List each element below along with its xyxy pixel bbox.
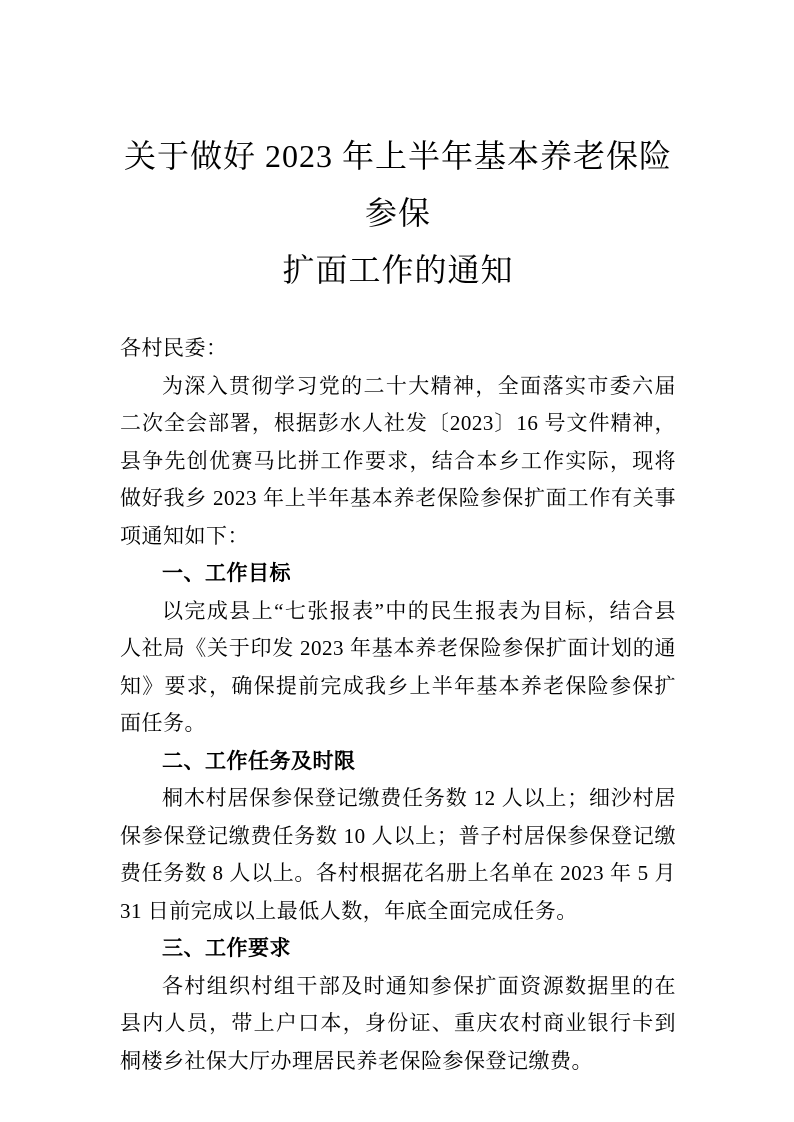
salutation: 各村民委： bbox=[120, 330, 676, 368]
document-title-line-2: 扩面工作的通知 bbox=[120, 242, 676, 299]
document-title-line-1: 关于做好 2023 年上半年基本养老保险参保 bbox=[120, 128, 676, 242]
section-3-body: 各村组织村组干部及时通知参保扩面资源数据里的在县内人员，带上户口本，身份证、重庆… bbox=[120, 968, 676, 1081]
section-1-body: 以完成县上“七张报表”中的民生报表为目标，结合县人社局《关于印发 2023 年基… bbox=[120, 593, 676, 743]
section-3-heading: 三、工作要求 bbox=[120, 930, 676, 968]
document-title: 关于做好 2023 年上半年基本养老保险参保 扩面工作的通知 bbox=[120, 128, 676, 299]
section-1-heading: 一、工作目标 bbox=[120, 555, 676, 593]
document-page: 关于做好 2023 年上半年基本养老保险参保 扩面工作的通知 各村民委： 为深入… bbox=[0, 0, 794, 1122]
section-2-heading: 二、工作任务及时限 bbox=[120, 743, 676, 781]
intro-paragraph: 为深入贯彻学习党的二十大精神，全面落实市委六届二次全会部署，根据彭水人社发〔20… bbox=[120, 368, 676, 556]
document-body: 各村民委： 为深入贯彻学习党的二十大精神，全面落实市委六届二次全会部署，根据彭水… bbox=[120, 330, 676, 1080]
section-2-body: 桐木村居保参保登记缴费任务数 12 人以上；细沙村居保参保登记缴费任务数 10 … bbox=[120, 780, 676, 930]
